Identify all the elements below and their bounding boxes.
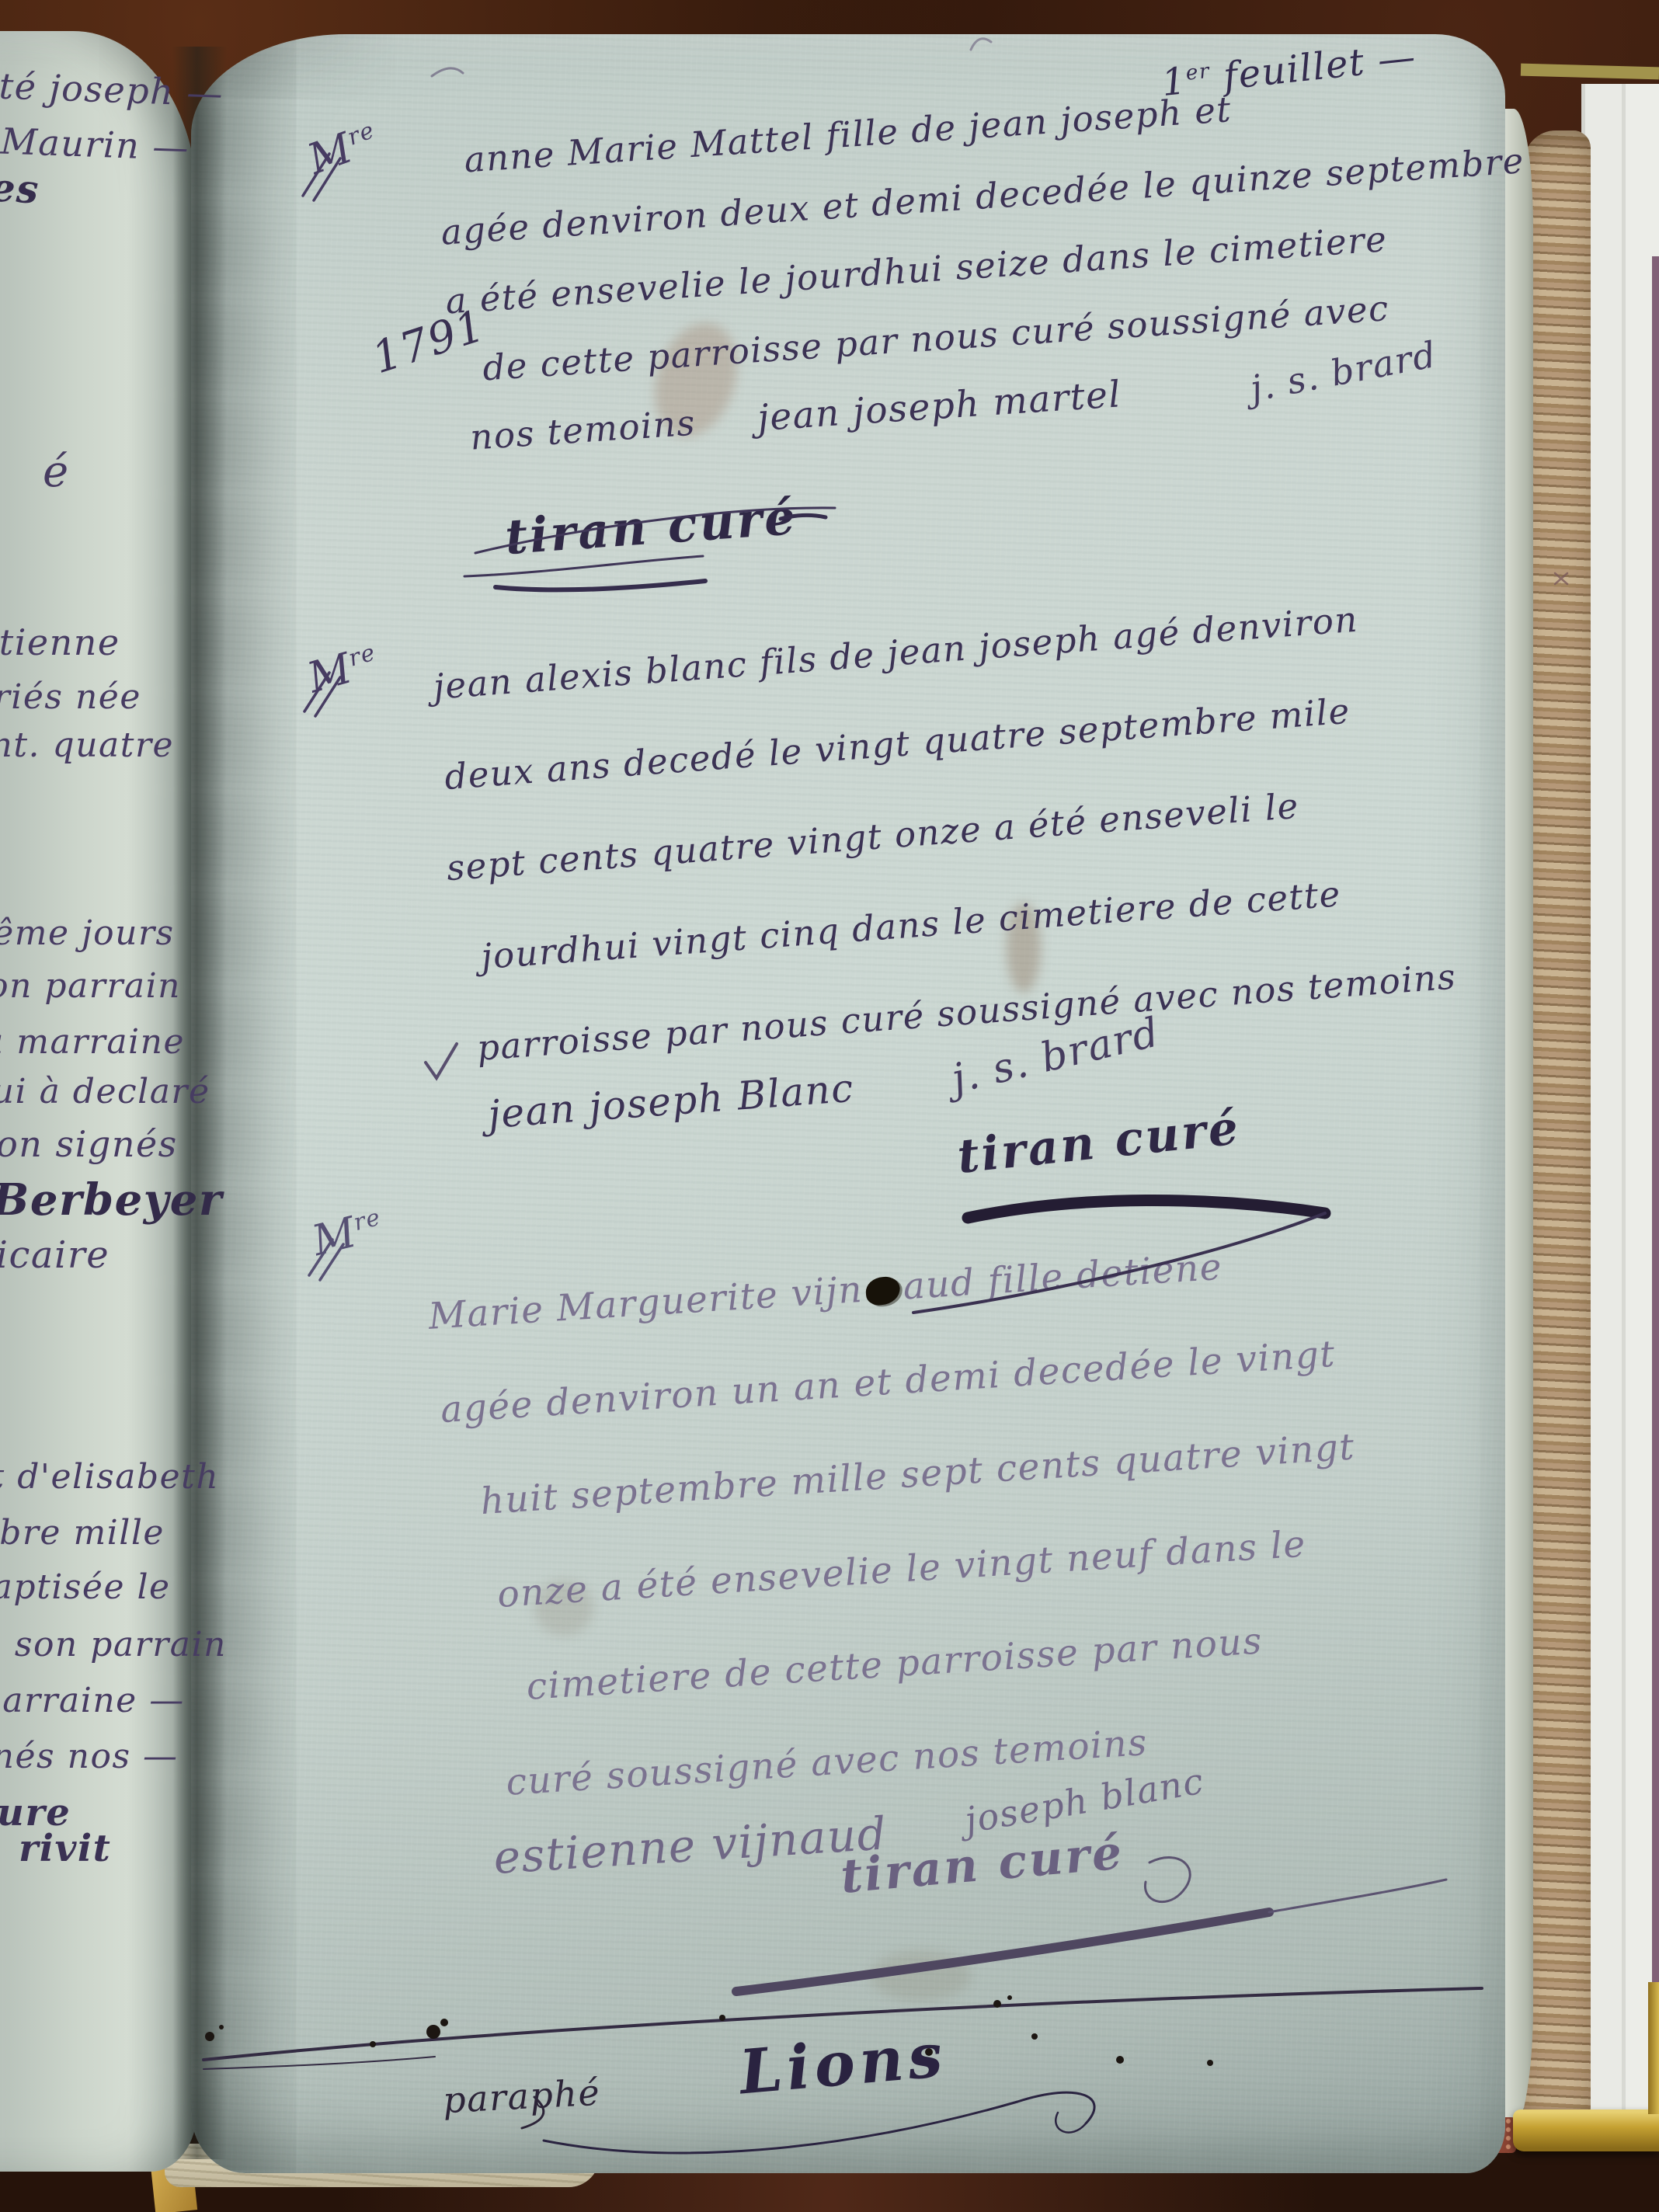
left-page-fragment: sa marraine xyxy=(0,1022,185,1062)
left-page-fragment: Berbeyer xyxy=(0,1174,223,1226)
entry-line: jourdhui vingt cinq dans le cimetiere de… xyxy=(452,865,1452,979)
brass-vertical-edge xyxy=(1648,1982,1659,2114)
left-page-fragment: ent. quatre xyxy=(0,725,174,765)
ink-blot xyxy=(865,1276,901,1306)
brass-ruler-top-edge xyxy=(1521,64,1659,80)
book-block-edge xyxy=(1581,84,1659,2150)
left-page-fragment: etienne xyxy=(0,621,120,663)
entry-line: huit septembre mille sept cents quatre v… xyxy=(439,1425,1356,1525)
left-page-fragment: ariés née xyxy=(0,677,141,717)
left-page-fragment: qui à declaré xyxy=(0,1072,210,1111)
left-page-fragment: mbre mille xyxy=(0,1513,165,1553)
left-page-fragment: son signés xyxy=(0,1123,178,1165)
folio-ordinal: er xyxy=(1184,59,1211,85)
paraphe-label: paraphé xyxy=(442,2071,602,2122)
left-page-fragment: baptisée le xyxy=(0,1567,171,1607)
entry-line: deux ans decedé le vingt quatre septembr… xyxy=(439,683,1438,798)
manuscript-photo: eté joseph — e Maurin — ues é etienne ar… xyxy=(0,0,1659,2212)
brass-bar xyxy=(1513,2109,1659,2151)
left-page-fragment: son parrain xyxy=(0,966,181,1006)
burial-entry-2: jean alexis blanc fils de jean joseph ag… xyxy=(432,593,1462,1140)
entry-line: onze a été ensevelie le vingt neuf dans … xyxy=(445,1519,1362,1619)
entry-line: agée denviron un an et demi decedée le v… xyxy=(433,1332,1351,1432)
left-page-fragment: rivit xyxy=(19,1827,111,1870)
entry-line: cimetiere de cette parroisse par nous xyxy=(450,1613,1368,1713)
left-page-fragment: ne son parrain xyxy=(0,1625,227,1664)
left-page-fragment: marraine — xyxy=(0,1681,185,1720)
red-cover-edge xyxy=(1652,256,1659,1988)
left-page-fragment: ues xyxy=(0,162,40,212)
page-edge-worn xyxy=(1524,130,1591,2147)
left-page-fragment: gnés nos — xyxy=(0,1737,179,1776)
left-page-fragment: eté joseph — xyxy=(0,64,224,114)
burial-entry-3: Marie Marguerite vijnaud fille detiene a… xyxy=(427,1238,1379,1887)
paper-stain xyxy=(870,1951,971,2001)
left-page-fragment: et d'elisabeth xyxy=(0,1457,219,1497)
left-page-fragment: e Maurin — xyxy=(0,119,190,169)
left-page-fragment: é xyxy=(43,447,70,497)
left-page-fragment: même jours xyxy=(0,913,175,953)
entry-line: sept cents quatre vingt onze a été ensev… xyxy=(445,774,1445,889)
left-page-fragment: vicaire xyxy=(0,1233,110,1277)
